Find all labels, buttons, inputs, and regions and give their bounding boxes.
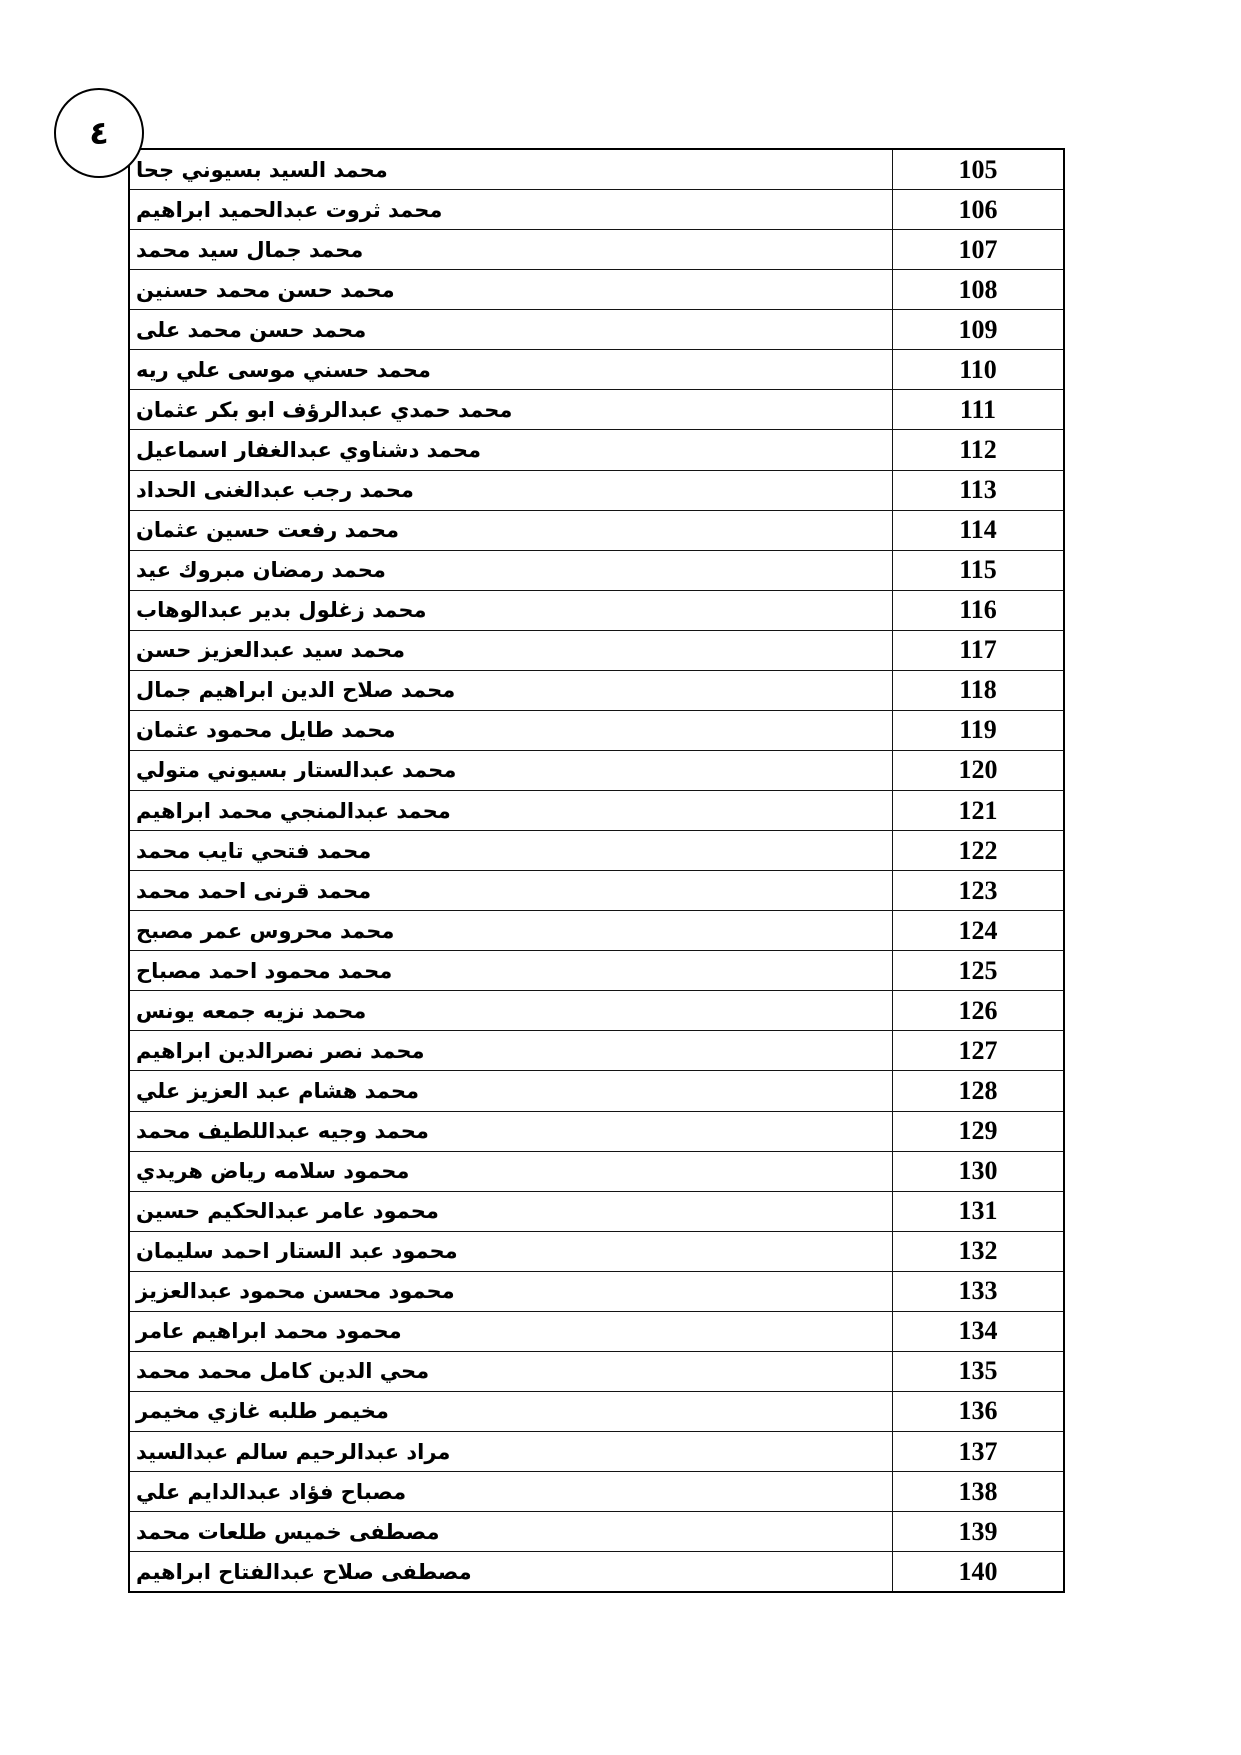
number-cell: 123 — [893, 871, 1063, 910]
table-row: محمد رجب عبدالغنى الحداد113 — [130, 471, 1063, 511]
table-row: محمد رفعت حسين عثمان114 — [130, 511, 1063, 551]
name-cell: محمد سيد عبدالعزيز حسن — [130, 631, 893, 670]
name-cell: محمد رمضان مبروك عيد — [130, 551, 893, 590]
table-row: مصطفى صلاح عبدالفتاح ابراهيم140 — [130, 1552, 1063, 1591]
name-cell: مصباح فؤاد عبدالدايم علي — [130, 1472, 893, 1511]
table-row: محمد فتحي تايب محمد122 — [130, 831, 1063, 871]
number-cell: 108 — [893, 270, 1063, 309]
table-row: محمد حسني موسى علي ريه110 — [130, 350, 1063, 390]
table-row: محمد حسن محمد على109 — [130, 310, 1063, 350]
table-row: محمد محروس عمر مصبح124 — [130, 911, 1063, 951]
number-cell: 116 — [893, 591, 1063, 630]
number-cell: 132 — [893, 1232, 1063, 1271]
name-cell: محمد السيد بسيوني جحا — [130, 150, 893, 189]
table-row: مصطفى خميس طلعات محمد139 — [130, 1512, 1063, 1552]
name-cell: محمد طايل محمود عثمان — [130, 711, 893, 750]
number-cell: 130 — [893, 1152, 1063, 1191]
roster-table: محمد السيد بسيوني جحا105محمد ثروت عبدالح… — [128, 148, 1065, 1593]
name-cell: محمود محمد ابراهيم عامر — [130, 1312, 893, 1351]
number-cell: 140 — [893, 1552, 1063, 1591]
number-cell: 134 — [893, 1312, 1063, 1351]
number-cell: 106 — [893, 190, 1063, 229]
number-cell: 120 — [893, 751, 1063, 790]
name-cell: محمد جمال سيد محمد — [130, 230, 893, 269]
name-cell: محمد رجب عبدالغنى الحداد — [130, 471, 893, 510]
page-number: ٤ — [89, 117, 109, 149]
table-row: محمود عبد الستار احمد سليمان132 — [130, 1232, 1063, 1272]
table-row: محمد نصر نصرالدين ابراهيم127 — [130, 1031, 1063, 1071]
table-row: محمود محمد ابراهيم عامر134 — [130, 1312, 1063, 1352]
table-row: محمد سيد عبدالعزيز حسن117 — [130, 631, 1063, 671]
table-row: محمد السيد بسيوني جحا105 — [130, 150, 1063, 190]
table-row: محمد وجيه عبداللطيف محمد129 — [130, 1112, 1063, 1152]
name-cell: محمد فتحي تايب محمد — [130, 831, 893, 870]
number-cell: 138 — [893, 1472, 1063, 1511]
name-cell: محمد رفعت حسين عثمان — [130, 511, 893, 550]
name-cell: محمد حسن محمد حسنين — [130, 270, 893, 309]
table-row: محمد حسن محمد حسنين108 — [130, 270, 1063, 310]
name-cell: مصطفى صلاح عبدالفتاح ابراهيم — [130, 1552, 893, 1591]
name-cell: محمد محروس عمر مصبح — [130, 911, 893, 950]
name-cell: محمود سلامه رياض هريدي — [130, 1152, 893, 1191]
number-cell: 128 — [893, 1071, 1063, 1110]
number-cell: 113 — [893, 471, 1063, 510]
name-cell: محمد صلاح الدين ابراهيم جمال — [130, 671, 893, 710]
table-row: محمود عامر عبدالحكيم حسين131 — [130, 1192, 1063, 1232]
table-row: محمد عبدالمنجي محمد ابراهيم121 — [130, 791, 1063, 831]
number-cell: 118 — [893, 671, 1063, 710]
number-cell: 119 — [893, 711, 1063, 750]
table-row: مراد عبدالرحيم سالم عبدالسيد137 — [130, 1432, 1063, 1472]
table-row: محمد محمود احمد مصباح125 — [130, 951, 1063, 991]
name-cell: مصطفى خميس طلعات محمد — [130, 1512, 893, 1551]
name-cell: مخيمر طلبه غازي مخيمر — [130, 1392, 893, 1431]
name-cell: محي الدين كامل محمد محمد — [130, 1352, 893, 1391]
name-cell: محمد حمدي عبدالرؤف ابو بكر عثمان — [130, 390, 893, 429]
table-row: محمد صلاح الدين ابراهيم جمال118 — [130, 671, 1063, 711]
number-cell: 115 — [893, 551, 1063, 590]
number-cell: 139 — [893, 1512, 1063, 1551]
name-cell: محمود عامر عبدالحكيم حسين — [130, 1192, 893, 1231]
name-cell: محمد نصر نصرالدين ابراهيم — [130, 1031, 893, 1070]
number-cell: 133 — [893, 1272, 1063, 1311]
number-cell: 110 — [893, 350, 1063, 389]
table-row: محمد قرنى احمد محمد123 — [130, 871, 1063, 911]
name-cell: محمود محسن محمود عبدالعزيز — [130, 1272, 893, 1311]
table-row: محمود محسن محمود عبدالعزيز133 — [130, 1272, 1063, 1312]
name-cell: محمد عبدالستار بسيوني متولي — [130, 751, 893, 790]
table-row: محمد نزيه جمعه يونس126 — [130, 991, 1063, 1031]
name-cell: مراد عبدالرحيم سالم عبدالسيد — [130, 1432, 893, 1471]
table-row: محي الدين كامل محمد محمد135 — [130, 1352, 1063, 1392]
name-cell: محمد وجيه عبداللطيف محمد — [130, 1112, 893, 1151]
number-cell: 126 — [893, 991, 1063, 1030]
number-cell: 121 — [893, 791, 1063, 830]
number-cell: 111 — [893, 390, 1063, 429]
number-cell: 135 — [893, 1352, 1063, 1391]
table-row: محمد طايل محمود عثمان119 — [130, 711, 1063, 751]
table-row: مخيمر طلبه غازي مخيمر136 — [130, 1392, 1063, 1432]
table-row: محمد دشناوي عبدالغفار اسماعيل112 — [130, 430, 1063, 470]
name-cell: محمد قرنى احمد محمد — [130, 871, 893, 910]
number-cell: 137 — [893, 1432, 1063, 1471]
number-cell: 114 — [893, 511, 1063, 550]
name-cell: محمد زغلول بدير عبدالوهاب — [130, 591, 893, 630]
name-cell: محمد ثروت عبدالحميد ابراهيم — [130, 190, 893, 229]
name-cell: محمد نزيه جمعه يونس — [130, 991, 893, 1030]
number-cell: 127 — [893, 1031, 1063, 1070]
number-cell: 117 — [893, 631, 1063, 670]
number-cell: 125 — [893, 951, 1063, 990]
name-cell: محمد محمود احمد مصباح — [130, 951, 893, 990]
table-row: محمد جمال سيد محمد107 — [130, 230, 1063, 270]
table-row: محمد زغلول بدير عبدالوهاب116 — [130, 591, 1063, 631]
table-row: محمود سلامه رياض هريدي130 — [130, 1152, 1063, 1192]
table-row: محمد عبدالستار بسيوني متولي120 — [130, 751, 1063, 791]
number-cell: 131 — [893, 1192, 1063, 1231]
table-row: محمد حمدي عبدالرؤف ابو بكر عثمان111 — [130, 390, 1063, 430]
number-cell: 107 — [893, 230, 1063, 269]
table-row: محمد رمضان مبروك عيد115 — [130, 551, 1063, 591]
name-cell: محمد عبدالمنجي محمد ابراهيم — [130, 791, 893, 830]
name-cell: محمد دشناوي عبدالغفار اسماعيل — [130, 430, 893, 469]
number-cell: 112 — [893, 430, 1063, 469]
number-cell: 124 — [893, 911, 1063, 950]
number-cell: 122 — [893, 831, 1063, 870]
page-number-badge: ٤ — [54, 88, 144, 178]
number-cell: 105 — [893, 150, 1063, 189]
name-cell: محمد حسن محمد على — [130, 310, 893, 349]
name-cell: محمود عبد الستار احمد سليمان — [130, 1232, 893, 1271]
table-row: محمد ثروت عبدالحميد ابراهيم106 — [130, 190, 1063, 230]
name-cell: محمد هشام عبد العزيز علي — [130, 1071, 893, 1110]
name-cell: محمد حسني موسى علي ريه — [130, 350, 893, 389]
number-cell: 109 — [893, 310, 1063, 349]
table-row: مصباح فؤاد عبدالدايم علي138 — [130, 1472, 1063, 1512]
number-cell: 129 — [893, 1112, 1063, 1151]
table-row: محمد هشام عبد العزيز علي128 — [130, 1071, 1063, 1111]
number-cell: 136 — [893, 1392, 1063, 1431]
